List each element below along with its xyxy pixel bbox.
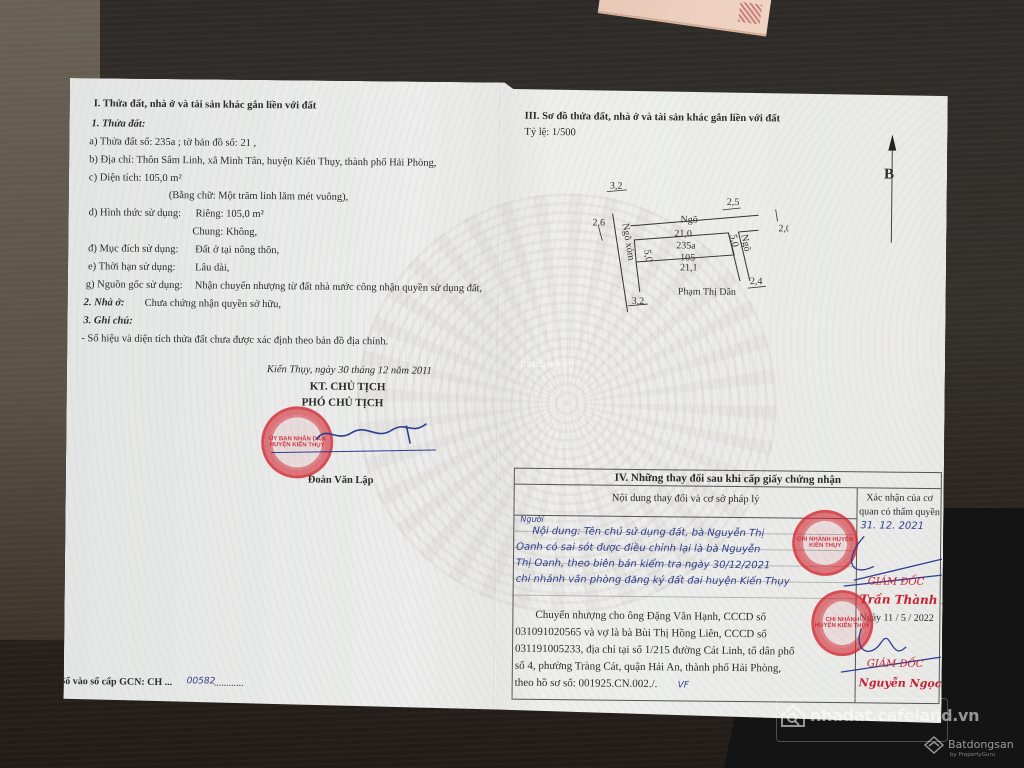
entry1-line: chi nhánh văn phòng đăng ký đất đai huyệ…: [516, 574, 790, 588]
area-in-words: (Bằng chữ: Một trăm linh lăm mét vuông),: [169, 190, 349, 203]
house-value: Chưa chứng nhận quyền sở hữu,: [145, 298, 281, 310]
map-scale: Tỷ lệ: 1/500: [524, 127, 575, 139]
col-header-content: Nội dung thay đổi và cơ sở pháp lý: [514, 485, 856, 519]
entry1-line: Thị Oanh, theo biên bản kiểm tra ngày 30…: [516, 558, 771, 572]
signer-title-2: PHÓ CHỦ TỊCH: [302, 396, 384, 409]
entry1-line: Oanh có sai sót được điều chỉnh lại là b…: [516, 542, 760, 556]
entry1-role: GIÁM ĐỐC: [868, 576, 925, 588]
signer-name: Đoàn Văn Lập: [308, 475, 374, 487]
svg-text:3,2: 3,2: [610, 181, 623, 192]
svg-text:3,2: 3,2: [632, 296, 645, 307]
entry1-line: Nội dung: Tên chủ sử dụng đất, bà Nguyễn…: [532, 526, 764, 539]
issue-date: Kiến Thụy, ngày 30 tháng 12 năm 2011: [267, 364, 432, 377]
entry2-initials: VF: [678, 680, 689, 690]
house-search-icon: [780, 704, 806, 728]
origin-label: g) Nguồn gốc sử dụng:: [86, 279, 183, 291]
entry1-line: Người: [520, 515, 543, 524]
watermark-primary: nhadat.cafeland.vn: [810, 706, 979, 725]
svg-text:2,6: 2,6: [592, 217, 605, 228]
usage-private: Riêng: 105,0 m²: [196, 208, 264, 220]
pattern-decoration: [738, 2, 763, 25]
entry2-role: GIÁM ĐỐC: [867, 658, 924, 670]
svg-text:Ngõ: Ngõ: [680, 214, 697, 225]
entry2-line: 031091020565 và vợ là bà Bùi Thị Hồng Li…: [515, 626, 767, 641]
batdongsan-logo-icon: [924, 736, 944, 754]
north-label: B: [884, 167, 894, 184]
registry-label: Số vào sổ cấp GCN: CH ...: [63, 676, 172, 688]
svg-text:5,0: 5,0: [641, 249, 654, 263]
svg-text:21,0: 21,0: [674, 228, 692, 239]
land-use-certificate: I. Thửa đất, nhà ở và tài sản khác gắn l…: [63, 78, 948, 723]
entry2-line: số 4, phường Tràng Cát, quận Hải An, thà…: [515, 660, 781, 675]
section-1-title: I. Thửa đất, nhà ở và tài sản khác gắn l…: [94, 98, 317, 111]
term-value: Lâu dài,: [195, 262, 230, 273]
svg-text:5,0: 5,0: [727, 234, 740, 248]
north-arrow-icon: [888, 135, 896, 151]
purpose-value: Đất ở tại nông thôn,: [195, 244, 279, 256]
house-label: 2. Nhà ở:: [84, 297, 125, 308]
usage-form-label: d) Hình thức sử dụng:: [89, 207, 182, 219]
registry-dots: ............: [214, 678, 244, 689]
svg-text:Ngõ xóm: Ngõ xóm: [620, 222, 637, 261]
svg-text:Ngõ: Ngõ: [738, 233, 752, 252]
pink-document-corner: [598, 0, 773, 37]
signature-entry2: [831, 622, 942, 683]
svg-text:2,0: 2,0: [778, 223, 789, 234]
area: c) Diện tích: 105,0 m²: [89, 172, 182, 184]
entry2-line: theo hồ sơ số: 001925.CN.002./.: [515, 677, 658, 690]
parcel-number: a) Thửa đất số: 235a ; tờ bản đồ số: 21 …: [89, 136, 256, 149]
watermark-secondary-sub: by PropertyGuru: [950, 752, 995, 758]
north-arrow: [876, 134, 907, 244]
usage-common: Chung: Không,: [192, 226, 257, 238]
svg-text:2,4: 2,4: [750, 276, 763, 287]
subsection-land-title: 1. Thửa đất:: [91, 118, 145, 130]
signer-title-1: KT. CHỦ TỊCH: [310, 381, 386, 394]
svg-text:21,1: 21,1: [680, 262, 698, 273]
watermark-secondary: Batdongsan: [948, 738, 1014, 751]
entry2-line: Chuyển nhượng cho ông Đặng Văn Hạnh, CCC…: [535, 609, 766, 623]
term-label: e) Thời hạn sử dụng:: [88, 261, 176, 273]
entry1-signer: Trần Thành Bắc: [860, 592, 948, 607]
parcel-diagram: 3,2 2,6 3,2 2,5 2,0 2,4 Ngõ 21,0 235a 10…: [588, 173, 789, 315]
entry2-line: 031191005233, địa chỉ tại số 1/215 đường…: [515, 643, 794, 658]
svg-text:235a: 235a: [676, 240, 696, 251]
center-watermark: Batdongsan: [520, 360, 574, 370]
registry-number: 00582: [187, 676, 216, 686]
svg-text:Phạm Thị Dần: Phạm Thị Dần: [678, 286, 736, 298]
ruled-line: [514, 595, 856, 600]
purpose-label: đ) Mục đích sử dụng:: [88, 243, 178, 255]
changes-table: IV. Những thay đổi sau khi cấp giấy chứn…: [512, 468, 942, 704]
entry2-signer: Nguyễn Ngọc Hưng: [859, 676, 948, 690]
svg-text:2,5: 2,5: [727, 197, 740, 208]
col-header-authority: Xác nhận của cơ quan có thẩm quyền: [856, 491, 942, 520]
note-label: 3. Ghi chú:: [83, 315, 132, 327]
